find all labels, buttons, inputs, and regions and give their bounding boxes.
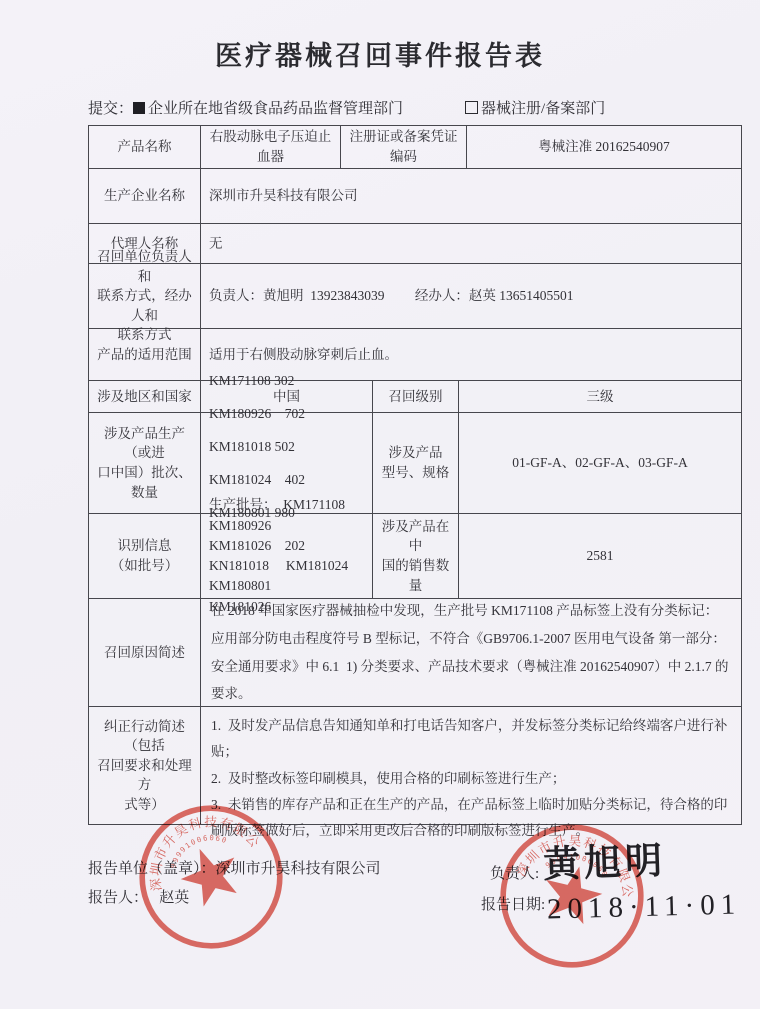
submit-option-provincial-label: 企业所在地省级食品药品监督管理部门 <box>148 97 403 118</box>
contacts-label: 召回单位负责人和 联系方式，经办人和 联系方式 <box>89 264 201 328</box>
recall-level-value: 三级 <box>459 381 741 412</box>
recall-reason-value: 在 2018 年国家医疗器械抽检中发现，生产批号 KM171108 产品标签上没… <box>201 599 741 706</box>
registration-cert-label: 注册证或备案凭证编码 <box>341 126 467 168</box>
recall-level-label: 召回级别 <box>373 381 459 412</box>
product-name-label: 产品名称 <box>89 126 201 168</box>
identification-label: 识别信息 （如批号） <box>89 514 201 598</box>
row-region-level: 涉及地区和国家 中国 召回级别 三级 <box>89 381 741 413</box>
submit-option-provincial: 企业所在地省级食品药品监督管理部门 <box>133 97 403 118</box>
submit-line: 提交： 企业所在地省级食品药品监督管理部门 器械注册/备案部门 <box>88 97 742 118</box>
sales-qty-value: 2581 <box>459 514 741 598</box>
row-scope: 产品的适用范围 适用于右侧股动脉穿刺后止血。 <box>89 329 741 381</box>
checkbox-checked-icon <box>133 102 145 114</box>
recall-reason-label: 召回原因简述 <box>89 599 201 706</box>
identification-value: 生产批号： KM171108 KM180926 KN181018 KM18102… <box>201 514 373 598</box>
region-label: 涉及地区和国家 <box>89 381 201 412</box>
page-title: 医疗器械召回事件报告表 <box>0 34 760 73</box>
submit-option-registration-label: 器械注册/备案部门 <box>481 97 605 118</box>
row-product-name: 产品名称 右股动脉电子压迫止血器 注册证或备案凭证编码 粤械注准 2016254… <box>89 126 741 169</box>
submit-label: 提交： <box>88 97 133 118</box>
checkbox-unchecked-icon <box>465 101 478 114</box>
product-name-value: 右股动脉电子压迫止血器 <box>201 126 341 168</box>
registration-cert-value: 粤械注准 20162540907 <box>467 126 741 168</box>
recall-report-table: 产品名称 右股动脉电子压迫止血器 注册证或备案凭证编码 粤械注准 2016254… <box>88 125 742 825</box>
row-contacts: 召回单位负责人和 联系方式，经办人和 联系方式 负责人：黄旭明 13923843… <box>89 264 741 329</box>
row-recall-reason: 召回原因简述 在 2018 年国家医疗器械抽检中发现，生产批号 KM171108… <box>89 599 741 707</box>
row-manufacturer: 生产企业名称 深圳市升昊科技有限公司 <box>89 169 741 224</box>
manufacturer-value: 深圳市升昊科技有限公司 <box>201 169 741 223</box>
manufacturer-label: 生产企业名称 <box>89 169 201 223</box>
models-label: 涉及产品 型号、规格 <box>373 413 459 513</box>
corrective-action-value: 1. 及时发产品信息告知通知单和打电话告知客户，并发标签分类标记给终端客户进行补… <box>201 707 741 824</box>
contacts-value: 负责人：黄旭明 13923843039 经办人：赵英 13651405501 <box>201 264 741 328</box>
row-identification: 识别信息 （如批号） 生产批号： KM171108 KM180926 KN181… <box>89 514 741 599</box>
batches-label: 涉及产品生产（或进 口中国）批次、数量 <box>89 413 201 513</box>
agent-value: 无 <box>201 224 741 263</box>
scope-label: 产品的适用范围 <box>89 329 201 380</box>
submit-option-registration: 器械注册/备案部门 <box>465 97 605 118</box>
sales-qty-label: 涉及产品在中 国的销售数量 <box>373 514 459 598</box>
row-batches: 涉及产品生产（或进 口中国）批次、数量 KM171108 302 KM18092… <box>89 413 741 514</box>
models-value: 01-GF-A、02-GF-A、03-GF-A <box>459 413 741 513</box>
